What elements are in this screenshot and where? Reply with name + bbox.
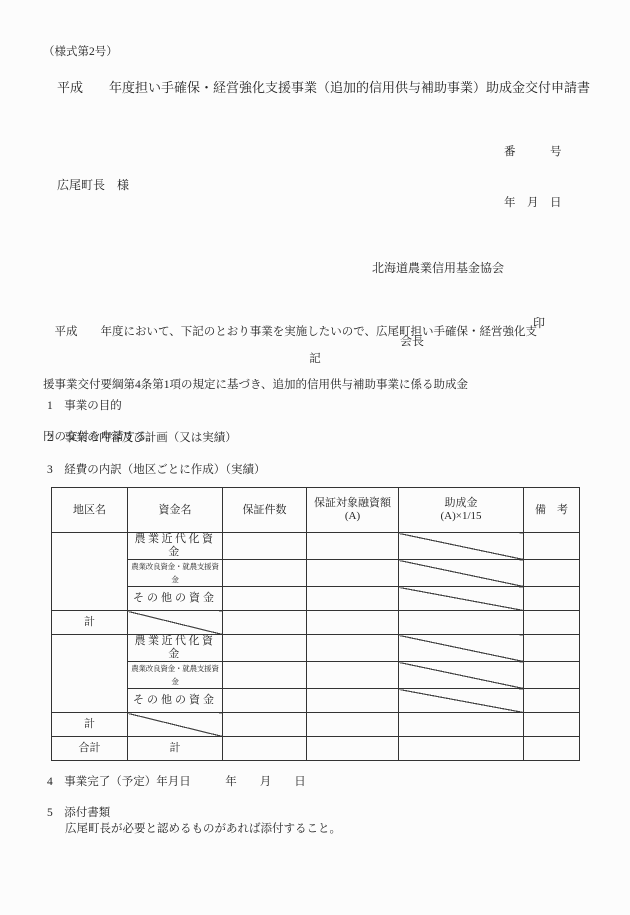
fund-name-cell: 農業近代化資金 [128, 533, 223, 560]
header-guarantee-count: 保証件数 [223, 488, 307, 533]
table-row: 農業近代化資金 [52, 635, 580, 662]
document-date-line: 年 月 日 [504, 195, 562, 212]
remarks-cell [524, 713, 580, 737]
application-statement: 平成 年度において、下記のとおり事業を実施したいので、広尾町担い手確保・経営強化… [43, 289, 588, 482]
item-3-cost-breakdown: 3 経費の内訳（地区ごとに作成）（実績） [47, 462, 266, 479]
remarks-cell [524, 737, 580, 761]
table-row: その他の資金 [52, 689, 580, 713]
document-number-line: 番 号 [504, 144, 562, 161]
table-row: 農業改良資金・就農支援資金 [52, 662, 580, 689]
item-5-attachments: 5 添付書類 [47, 805, 110, 822]
item-1-purpose: 1 事業の目的 [47, 398, 122, 415]
subtotal-row: 計 [52, 611, 580, 635]
table-header-row: 地区名 資金名 保証件数 保証対象融資額 (A) 助成金 (A)×1/15 備 … [52, 488, 580, 533]
item-4-completion-date: 4 事業完了（予定）年月日 年 月 日 [47, 774, 306, 791]
subsidy-cell [399, 611, 524, 635]
subtotal-row: 計 [52, 713, 580, 737]
guarantee-count-cell [223, 587, 307, 611]
district-cell [52, 533, 128, 611]
header-subsidy: 助成金 (A)×1/15 [399, 488, 524, 533]
remarks-cell [524, 635, 580, 662]
fund-name-cell-slashed [128, 611, 223, 635]
remarks-cell [524, 662, 580, 689]
issuer-org: 北海道農業信用基金協会 [372, 259, 557, 277]
subsidy-cell-slashed [399, 662, 524, 689]
fund-name-cell: 農業近代化資金 [128, 635, 223, 662]
loan-amount-cell [307, 662, 399, 689]
subsidy-cell [399, 737, 524, 761]
fund-name-cell: その他の資金 [128, 689, 223, 713]
subsidy-cell [399, 713, 524, 737]
guarantee-count-cell [223, 737, 307, 761]
guarantee-count-cell [223, 560, 307, 587]
subsidy-cell-slashed [399, 587, 524, 611]
guarantee-count-cell [223, 533, 307, 560]
table-row: 農業改良資金・就農支援資金 [52, 560, 580, 587]
table-row: 農業近代化資金 [52, 533, 580, 560]
cost-breakdown-table: 地区名 資金名 保証件数 保証対象融資額 (A) 助成金 (A)×1/15 備 … [51, 487, 580, 761]
loan-amount-cell [307, 689, 399, 713]
fund-name-cell-slashed [128, 713, 223, 737]
remarks-cell [524, 611, 580, 635]
subsidy-cell-slashed [399, 533, 524, 560]
page-title: 平成 年度担い手確保・経営強化支援事業（追加的信用供与補助事業）助成金交付申請書 [57, 79, 590, 96]
guarantee-count-cell [223, 662, 307, 689]
guarantee-count-cell [223, 713, 307, 737]
fund-name-cell: その他の資金 [128, 587, 223, 611]
loan-amount-cell [307, 560, 399, 587]
guarantee-count-cell [223, 689, 307, 713]
remarks-cell [524, 689, 580, 713]
application-form-page: （様式第2号） 平成 年度担い手確保・経営強化支援事業（追加的信用供与補助事業）… [0, 0, 630, 915]
grand-total-row: 合計 計 [52, 737, 580, 761]
addressee: 広尾町長 様 [57, 177, 129, 194]
record-mark: 記 [0, 351, 630, 368]
guarantee-count-cell [223, 611, 307, 635]
district-cell [52, 635, 128, 713]
loan-amount-cell [307, 611, 399, 635]
subsidy-cell-slashed [399, 689, 524, 713]
loan-amount-cell [307, 587, 399, 611]
item-2-plan: 2 事業の内容及び計画（又は実績） [47, 430, 237, 447]
subtotal-label-cell: 計 [52, 713, 128, 737]
statement-line-2: 援事業交付要綱第4条第1項の規定に基づき、追加的信用供与補助事業に係る助成金 [43, 377, 588, 395]
header-loan-amount: 保証対象融資額 (A) [307, 488, 399, 533]
loan-amount-cell [307, 737, 399, 761]
remarks-cell [524, 587, 580, 611]
remarks-cell [524, 560, 580, 587]
grand-total-fund-cell: 計 [128, 737, 223, 761]
subsidy-cell-slashed [399, 635, 524, 662]
form-code: （様式第2号） [43, 44, 118, 61]
loan-amount-cell [307, 635, 399, 662]
grand-total-label-cell: 合計 [52, 737, 128, 761]
statement-line-1: 平成 年度において、下記のとおり事業を実施したいので、広尾町担い手確保・経営強化… [43, 324, 588, 342]
header-district: 地区名 [52, 488, 128, 533]
loan-amount-cell [307, 533, 399, 560]
fund-name-cell: 農業改良資金・就農支援資金 [128, 662, 223, 689]
loan-amount-cell [307, 713, 399, 737]
guarantee-count-cell [223, 635, 307, 662]
subtotal-label-cell: 計 [52, 611, 128, 635]
attachment-note: 広尾町長が必要と認めるものがあれば添付すること。 [65, 821, 341, 838]
header-fund: 資金名 [128, 488, 223, 533]
fund-name-cell: 農業改良資金・就農支援資金 [128, 560, 223, 587]
header-remarks: 備 考 [524, 488, 580, 533]
remarks-cell [524, 533, 580, 560]
subsidy-cell-slashed [399, 560, 524, 587]
table-row: その他の資金 [52, 587, 580, 611]
